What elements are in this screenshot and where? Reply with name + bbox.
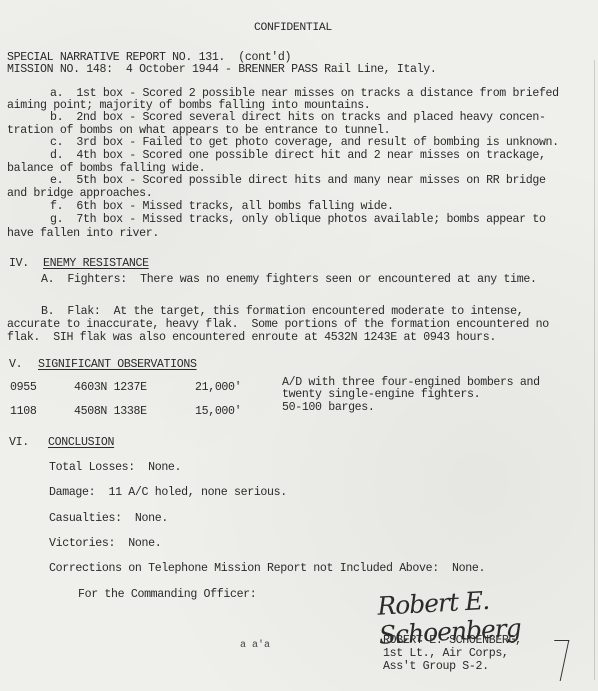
section-v-numeral: V. <box>9 358 22 371</box>
result-e: e. 5th box - Scored possible direct hits… <box>50 174 546 187</box>
mission-line: MISSION NO. 148: 4 October 1944 - BRENNE… <box>7 63 436 76</box>
obs-position: 4508N 1338E <box>74 405 147 418</box>
initials-stamp: a a'a <box>240 640 270 651</box>
conclusion-casualties: Casualties: None. <box>49 512 168 525</box>
result-g: g. 7th box - Missed tracks, only oblique… <box>50 213 546 226</box>
conclusion-victories: Victories: None. <box>49 537 161 550</box>
signer-name: ROBERT E. SCHOENBERG, <box>383 634 522 647</box>
classification-header: CONFIDENTIAL <box>254 22 332 35</box>
fighters-line: A. Fighters: There was no enemy fighters… <box>41 273 537 286</box>
obs-time: 0955 <box>10 381 36 394</box>
obs-remarks-2: twenty single-engine fighters. <box>282 388 480 401</box>
section-iv-title: ENEMY RESISTANCE <box>43 257 149 270</box>
result-d: d. 4th box - Scored one possible direct … <box>50 149 546 162</box>
obs-altitude: 21,000' <box>195 381 241 394</box>
section-vi-numeral: VI. <box>9 436 29 449</box>
conclusion-total-losses: Total Losses: None. <box>49 461 181 474</box>
obs-remarks: 50-100 barges. <box>282 401 375 414</box>
result-e-cont: and bridge approaches. <box>7 187 152 200</box>
section-v-title: SIGNIFICANT OBSERVATIONS <box>38 358 197 371</box>
obs-position: 4603N 1237E <box>74 381 147 394</box>
result-g-cont: have fallen into river. <box>7 227 159 240</box>
flak-line-2: accurate to inaccurate, heavy flak. Some… <box>7 318 549 331</box>
signer-title: Ass't Group S-2. <box>383 660 489 673</box>
section-iv-numeral: IV. <box>9 257 29 270</box>
handwritten-check-mark <box>546 640 570 681</box>
result-c: c. 3rd box - Failed to get photo coverag… <box>50 136 559 149</box>
conclusion-corrections: Corrections on Telephone Mission Report … <box>49 562 485 575</box>
conclusion-damage: Damage: 11 A/C holed, none serious. <box>49 486 287 499</box>
flak-line-3: flak. SIH flak was also encountered enro… <box>7 331 496 344</box>
obs-altitude: 15,000' <box>195 405 241 418</box>
result-b: b. 2nd box - Scored several direct hits … <box>50 111 546 124</box>
section-vi-title: CONCLUSION <box>48 436 114 449</box>
result-f: f. 6th box - Missed tracks, all bombs fa… <box>50 200 394 213</box>
obs-time: 1108 <box>10 405 36 418</box>
for-commanding-officer: For the Commanding Officer: <box>78 588 256 601</box>
document-page: CONFIDENTIAL SPECIAL NARRATIVE REPORT NO… <box>0 0 598 691</box>
signer-rank: 1st Lt., Air Corps, <box>383 647 509 660</box>
flak-line-1: B. Flak: At the target, this formation e… <box>41 305 523 318</box>
